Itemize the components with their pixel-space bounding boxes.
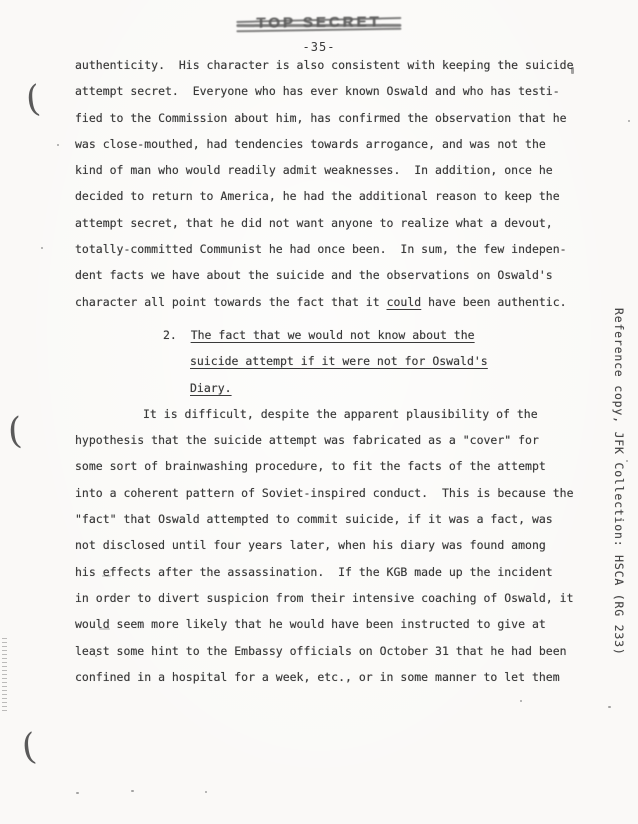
text-line: decided to return to America, he had the… — [75, 183, 585, 209]
text-segment: decided to return to America, he had the… — [75, 189, 560, 203]
edge-smudge — [2, 638, 7, 714]
text-segment: character all point towards the fact tha… — [75, 295, 387, 309]
text-segment: least some hint to the Embassy officials… — [75, 644, 567, 658]
scan-speck — [626, 460, 628, 462]
scan-speck — [131, 790, 134, 792]
scan-speck — [76, 792, 79, 794]
text-segment: his effects after the assassination. If … — [75, 565, 553, 579]
text-segment: attempt secret. Everyone who has ever kn… — [75, 84, 560, 98]
scan-speck — [571, 67, 574, 74]
text-segment: in order to divert suspicion from their … — [75, 591, 574, 605]
text-line: authenticity. His character is also cons… — [75, 52, 585, 78]
text-segment: totally-committed Communist he had once … — [75, 242, 567, 256]
text-line: attempt secret. Everyone who has ever kn… — [75, 78, 585, 104]
text-line: It is difficult, despite the apparent pl… — [75, 401, 585, 427]
text-line: character all point towards the fact tha… — [75, 289, 585, 315]
text-segment: into a coherent pattern of Soviet-inspir… — [75, 486, 574, 500]
text-segment: have been authentic. — [421, 295, 566, 309]
text-line: "fact" that Oswald attempted to commit s… — [75, 506, 585, 532]
text-segment: 2. — [163, 328, 191, 342]
scan-speck — [303, 466, 305, 468]
text-segment: authenticity. His character is also cons… — [75, 58, 574, 72]
scan-speck — [57, 144, 59, 146]
text-line: hypothesis that the suicide attempt was … — [75, 427, 585, 453]
text-segment: was close-mouthed, had tendencies toward… — [75, 137, 546, 151]
text-segment: "fact" that Oswald attempted to commit s… — [75, 512, 553, 526]
text-line: his effects after the assassination. If … — [75, 559, 585, 585]
text-segment: some sort of brainwashing procedure, to … — [75, 459, 546, 473]
text-segment: hypothesis that the suicide attempt was … — [75, 433, 539, 447]
margin-annotation: Reference copy, JFK Collection: HSCA (RG… — [612, 308, 626, 656]
handwritten-paren-mark: ( — [7, 414, 24, 451]
handwritten-paren-mark: ( — [20, 729, 38, 766]
scan-speck — [520, 700, 522, 702]
text-line: attempt secret, that he did not want any… — [75, 210, 585, 236]
scan-speck — [102, 575, 111, 577]
text-line: was close-mouthed, had tendencies toward… — [75, 131, 585, 157]
scanned-page: TOP SECRET -35- authenticity. His charac… — [0, 0, 638, 824]
text-line: confined in a hospital for a week, etc.,… — [75, 664, 585, 690]
scan-speck — [99, 628, 110, 630]
text-segment: confined in a hospital for a week, etc.,… — [75, 670, 560, 684]
text-segment: dent facts we have about the suicide and… — [75, 268, 553, 282]
text-line: dent facts we have about the suicide and… — [75, 262, 585, 288]
document-body: authenticity. His character is also cons… — [75, 52, 585, 690]
text-line: fied to the Commission about him, has co… — [75, 105, 585, 131]
strikethrough-line — [236, 24, 401, 27]
underlined-text: Diary. — [190, 381, 232, 395]
text-line: in order to divert suspicion from their … — [75, 585, 585, 611]
underlined-text: could — [387, 295, 422, 309]
text-line: kind of man who would readily admit weak… — [75, 157, 585, 183]
text-segment: attempt secret, that he did not want any… — [75, 216, 553, 230]
text-segment: would seem more likely that he would hav… — [75, 617, 546, 631]
text-line: Diary. — [75, 375, 585, 401]
text-line: 2. The fact that we would not know about… — [75, 322, 585, 348]
scan-speck — [628, 120, 630, 122]
underlined-text: The fact that we would not know about th… — [191, 328, 475, 342]
scan-speck — [608, 706, 611, 708]
scan-speck — [205, 791, 207, 793]
text-segment: not disclosed until four years later, wh… — [75, 538, 546, 552]
text-line: some sort of brainwashing procedure, to … — [75, 453, 585, 479]
text-segment: fied to the Commission about him, has co… — [75, 111, 567, 125]
text-line: least some hint to the Embassy officials… — [75, 638, 585, 664]
text-line: would seem more likely that he would hav… — [75, 611, 585, 637]
text-line: suicide attempt if it were not for Oswal… — [75, 348, 585, 374]
text-line: not disclosed until four years later, wh… — [75, 532, 585, 558]
text-segment: kind of man who would readily admit weak… — [75, 163, 553, 177]
scan-speck — [41, 247, 43, 249]
handwritten-paren-mark: ( — [24, 81, 42, 118]
top-secret-stamp-top: TOP SECRET — [256, 13, 381, 31]
text-line: totally-committed Communist he had once … — [75, 236, 585, 262]
text-segment: It is difficult, despite the apparent pl… — [143, 407, 538, 421]
scan-speck — [95, 655, 97, 657]
text-line: into a coherent pattern of Soviet-inspir… — [75, 480, 585, 506]
underlined-text: suicide attempt if it were not for Oswal… — [190, 354, 488, 368]
